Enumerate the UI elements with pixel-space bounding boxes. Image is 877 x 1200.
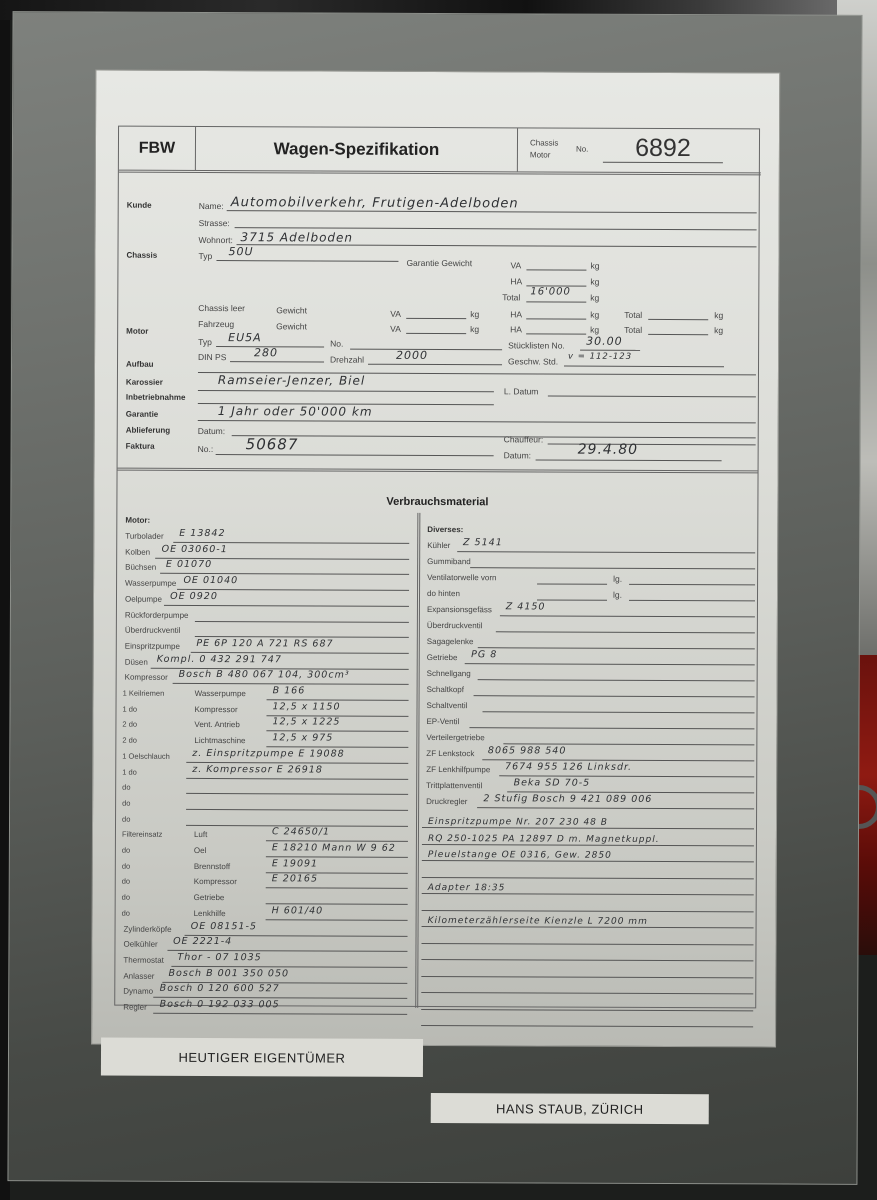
fz-total-kg: kg [714,325,723,335]
column-divider [415,513,420,1008]
diverses-label: Sagagelenke [427,637,474,646]
fahrzeug-gewicht-label: Gewicht [276,321,307,331]
row-prefix: 1 Keilriemen [123,689,165,698]
diverses-field[interactable] [503,732,754,745]
diverses-field[interactable] [469,716,754,729]
note-line[interactable] [422,865,754,878]
diverses-label: Schaltkopf [427,685,464,694]
section-inbetriebnahme: Inbetriebnahme [126,393,186,402]
part-label: Kolben [125,547,150,556]
diverses-label: Gummiband [427,557,471,566]
brand-logo: FBW [119,127,196,170]
diverses-label: Überdruckventil [427,621,483,630]
diverses-value: 7674 955 126 Linksdr. [505,761,632,773]
part-value: E 20165 [272,874,318,885]
note-line[interactable] [422,898,754,911]
note-line[interactable] [421,964,753,977]
row-prefix: 2 do [122,736,137,745]
part-label: Überdruckventil [125,626,181,635]
part-value: OE 2221-4 [173,936,232,947]
chassis-typ-value: 50U [228,245,253,258]
stuecklisten-value: 30.00 [586,335,623,348]
part-value: E 13842 [179,528,225,539]
part-label: Dynamo [123,987,153,996]
part-value: E 18210 Mann W 9 62 [272,842,396,854]
lg-label: lg. [613,590,622,600]
lg-label: lg. [613,574,622,584]
garantie-gewicht-label: Garantie Gewicht [406,258,472,268]
part-label: Kompressor [194,877,237,886]
motor-no-label: No. [330,339,343,349]
fz-va-field[interactable] [406,322,466,334]
l-datum-label: L. Datum [504,386,539,396]
note-text: RQ 250-1025 PA 12897 D m. Magnetkuppl. [428,833,660,844]
wohnort-label: Wohnort: [199,235,233,245]
diverses-field[interactable] [482,700,754,713]
section-karossier: Karossier [126,378,163,387]
part-field[interactable] [186,814,408,827]
section-aufbau: Aufbau [126,360,154,369]
leer-va-label: VA [390,309,401,319]
part-value: E 01070 [166,559,212,570]
diverses-value: 8065 988 540 [488,745,567,756]
drehzahl-value: 2000 [396,349,428,362]
part-value: z. Einspritzpumpe E 19088 [192,748,344,760]
fz-ha-label: HA [510,324,522,334]
faktura-no-value: 50687 [246,435,299,453]
row-prefix: do [122,783,130,792]
spec-sheet: FBW Wagen-Spezifikation Chassis Motor No… [91,70,780,1048]
fahrzeug-label: Fahrzeug [198,319,234,329]
note-text: Kilometerzählerseite Kienzle L 7200 mm [428,916,648,927]
fz-va-kg: kg [470,324,479,334]
part-label: Oel [194,846,206,855]
part-label: Thermostat [123,956,164,965]
fz-ha-kg: kg [590,325,599,335]
part-label: Oelkühler [123,940,157,949]
verbrauchsmaterial-title: Verbrauchsmaterial [117,495,757,510]
diverses-label: Schaltventil [427,701,468,710]
part-field[interactable] [195,625,409,638]
row-prefix: 1 do [122,767,137,776]
diverses-field[interactable] [478,636,755,649]
din-ps-value: 280 [254,346,278,359]
chauffeur-label: Chauffeur: [504,434,544,444]
section-garantie: Garantie [126,410,159,419]
wohnort-value: 3715 Adelboden [241,230,354,244]
part-label: Rückforderpumpe [125,610,189,619]
motor-label: Motor [530,150,550,159]
part-value: Bosch 0 192 033 005 [160,999,280,1011]
diverses-field[interactable] [495,620,755,633]
diverses-label: Verteilergetriebe [426,733,484,742]
note-line[interactable] [421,931,753,944]
row-prefix: Filtereinsatz [122,830,162,839]
owner-heading-label: HEUTIGER EIGENTÜMER [101,1038,423,1077]
note-line[interactable] [421,997,753,1010]
row-prefix: 1 do [122,704,137,713]
part-value: 12,5 x 1150 [273,701,341,712]
chassis-number-box: Chassis Motor No. 6892 [518,128,761,172]
diverses-field[interactable] [537,572,607,584]
part-field[interactable] [186,798,408,811]
garantie-ha-kg: kg [590,277,599,287]
leer-total-label: Total [624,310,642,320]
part-label: Brennstoff [194,862,230,871]
motor-typ-value: EU5A [228,331,262,344]
leer-ha-field[interactable] [526,307,586,319]
fz-ha-field[interactable] [526,322,586,334]
part-label: Oelpumpe [125,594,162,603]
diverses-heading: Diverses: [427,525,463,534]
part-label: Lenkhilfe [194,909,226,918]
ablieferung-datum-label: Datum: [198,426,225,436]
part-label: Anlasser [123,971,154,980]
garantie-total-label: Total [502,292,520,302]
garantie-va-field[interactable] [526,258,586,270]
row-prefix: do [122,908,130,917]
part-label: Wasserpumpe [195,689,246,698]
diverses-label: Ventilatorwelle vorn [427,573,496,582]
leer-total-kg: kg [714,310,723,320]
diverses-label: Getriebe [427,653,458,662]
diverses-field[interactable] [465,652,755,665]
leer-ha-label: HA [510,309,522,319]
part-value: Kompl. 0 432 291 747 [157,653,282,665]
leer-ha-kg: kg [590,310,599,320]
row-prefix: 1 Oelschlauch [122,751,170,760]
diverses-label: Schnellgang [427,669,471,678]
garantie-ha-label: HA [510,276,522,286]
spec-form: FBW Wagen-Spezifikation Chassis Motor No… [114,126,760,1009]
form-header: FBW Wagen-Spezifikation Chassis Motor No… [119,127,761,176]
diverses-label: do hinten [427,589,460,598]
stuecklisten-label: Stücklisten No. [508,340,565,350]
part-value: 12,5 x 1225 [272,717,340,728]
faktura-no-label: No.: [198,444,214,454]
garantie-value: 1 Jahr oder 50'000 km [218,404,373,419]
row-prefix: do [122,893,130,902]
diverses-value: Z 5141 [463,537,503,548]
part-value: z. Kompressor E 26918 [192,763,323,775]
part-value: OE 08151-5 [191,920,257,931]
name-value: Automobilverkehr, Frutigen-Adelboden [231,195,519,211]
name-label: Name: [199,201,224,211]
no-label: No. [576,145,588,154]
part-label: Regler [123,1003,147,1012]
diverses-label: ZF Lenkhilfpumpe [426,765,490,774]
diverses-label: EP-Ventil [426,717,459,726]
diverses-label: Trittplattenventil [426,781,482,790]
part-label: Turbolader [125,532,163,541]
section-faktura: Faktura [126,442,155,451]
diverses-field[interactable] [537,588,607,600]
form-title: Wagen-Spezifikation [196,127,518,171]
part-value: B 166 [273,685,306,696]
fz-total-field[interactable] [648,323,708,335]
row-prefix: do [122,799,130,808]
note-text: Adapter 18:35 [428,883,506,893]
note-line[interactable] [421,981,753,994]
diverses-field[interactable] [478,668,755,681]
note-text: Einspritzpumpe Nr. 207 230 48 B [428,817,608,828]
diverses-value: Beka SD 70-5 [514,777,591,788]
diverses-value: PG 8 [471,649,497,660]
part-field[interactable] [195,609,409,622]
leer-va-kg: kg [470,309,479,319]
part-value: Bosch 0 120 600 527 [160,983,280,995]
motor-heading: Motor: [125,516,150,525]
part-value: E 19091 [272,858,318,869]
note-text: Pleuelstange OE 0316, Gew. 2850 [428,850,612,861]
part-value: 12,5 x 975 [272,732,333,743]
motor-typ-label: Typ [198,337,212,347]
part-label: Vent. Antrieb [194,720,239,729]
diverses-label: ZF Lenkstock [426,749,474,758]
part-label: Getriebe [194,893,225,902]
owner-name-label: HANS STAUB, ZÜRICH [431,1093,709,1124]
note-line[interactable] [421,1014,753,1027]
chassis-label: Chassis [530,138,558,147]
section-ablieferung: Ablieferung [126,426,170,435]
part-value: OE 0920 [170,591,218,602]
garantie-va-kg: kg [590,261,599,271]
part-field[interactable] [186,782,408,795]
garantie-va-label: VA [510,260,521,270]
fz-va-label: VA [390,324,401,334]
section-kunde: Kunde [127,201,152,210]
row-prefix: do [122,861,130,870]
lg-field[interactable] [629,589,755,602]
geschw-value: v = 112-123 [568,352,632,362]
part-label: Lichtmaschine [194,736,245,745]
row-prefix: do [122,846,130,855]
part-label: Luft [194,830,207,839]
part-value: OE 03060-1 [162,543,228,554]
note-line[interactable] [421,948,753,961]
chassis-leer-label: Chassis leer [198,303,245,313]
row-prefix: 2 do [122,720,137,729]
part-value: Bosch B 480 067 104, 300cm³ [179,669,350,681]
section-chassis: Chassis [126,251,157,260]
diverses-value: 2 Stufig Bosch 9 421 089 006 [483,793,652,805]
metal-plate: FBW Wagen-Spezifikation Chassis Motor No… [7,11,862,1185]
garantie-total-kg: kg [590,293,599,303]
part-field[interactable] [266,892,408,905]
garantie-total-value: 16'000 [530,286,571,297]
part-label: Kompressor [125,673,168,682]
part-label: Zylinderköpfe [124,924,172,933]
diverses-field[interactable] [474,684,755,697]
row-prefix: do [122,814,130,823]
chassis-number: 6892 [603,134,723,164]
part-value: Thor - 07 1035 [177,952,261,963]
strasse-label: Strasse: [199,218,230,228]
part-value: OE 01040 [183,575,238,586]
diverses-label: Kühler [427,541,450,550]
part-label: Büchsen [125,563,156,572]
part-value: C 24650/1 [272,827,330,838]
section-divider [118,468,758,474]
l-datum-field[interactable] [548,384,756,397]
diverses-field[interactable] [470,556,755,569]
diverses-label: Expansionsgefäss [427,605,492,614]
faktura-datum-value: 29.4.80 [578,442,639,458]
leer-va-field[interactable] [406,307,466,319]
strasse-field[interactable] [235,216,757,230]
chassis-typ-label: Typ [198,251,212,261]
part-label: Einspritzpumpe [125,642,180,651]
garantie-ha-field[interactable] [526,274,586,286]
chassis-leer-gewicht-label: Gewicht [276,305,307,315]
part-value: PE 6P 120 A 721 RS 687 [196,638,333,650]
karossier-value: Ramseier-Jenzer, Biel [218,373,365,388]
diverses-value: Z 4150 [506,601,546,612]
part-value: H 601/40 [272,905,324,916]
row-prefix: do [122,877,130,886]
faktura-datum-label: Datum: [504,450,531,460]
section-motor: Motor [126,327,148,336]
part-label: Düsen [125,657,148,666]
part-label: Kompressor [194,705,237,714]
lg-field[interactable] [629,573,755,586]
fz-total-label: Total [624,325,642,335]
leer-total-field[interactable] [648,308,708,320]
part-value: Bosch B 001 350 050 [169,967,290,979]
part-label: Wasserpumpe [125,579,176,588]
diverses-label: Druckregler [426,797,467,806]
